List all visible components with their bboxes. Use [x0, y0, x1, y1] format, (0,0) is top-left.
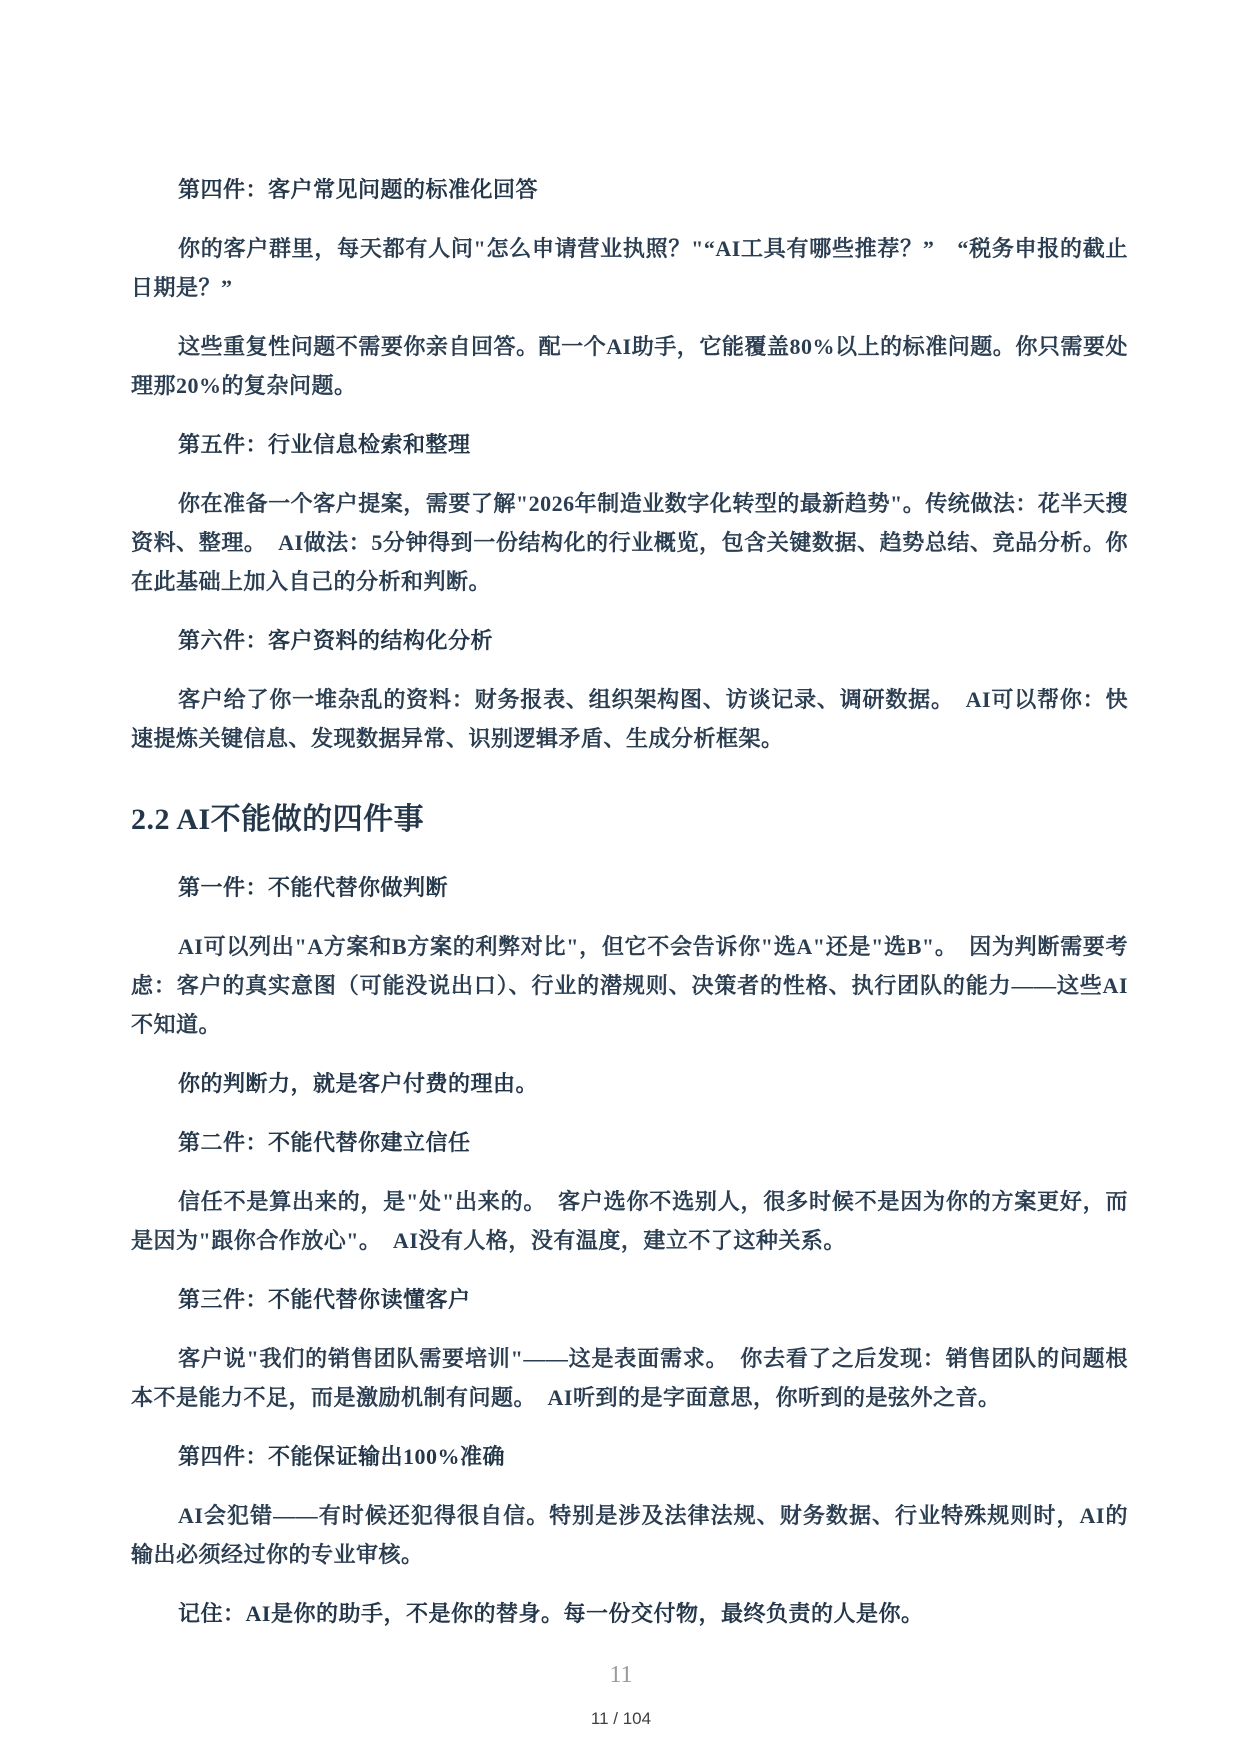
subsection-heading: 第三件：不能代替你读懂客户: [131, 1280, 1128, 1319]
body-paragraph: AI可以列出"A方案和B方案的利弊对比"，但它不会告诉你"选A"还是"选B"。 …: [131, 927, 1128, 1044]
emphasis-paragraph: 你的判断力，就是客户付费的理由。: [131, 1064, 1128, 1103]
body-paragraph: 客户说"我们的销售团队需要培训"——这是表面需求。 你去看了之后发现：销售团队的…: [131, 1339, 1128, 1417]
body-paragraph: 你的客户群里，每天都有人问"怎么申请营业执照？"“AI工具有哪些推荐？” “税务…: [131, 229, 1128, 307]
body-paragraph: AI会犯错——有时候还犯得很自信。特别是涉及法律法规、财务数据、行业特殊规则时，…: [131, 1496, 1128, 1574]
document-body: 第四件：客户常见问题的标准化回答 你的客户群里，每天都有人问"怎么申请营业执照？…: [131, 0, 1128, 1653]
page-count-indicator: 11 / 104: [0, 1708, 1242, 1730]
section-heading: 2.2 AI不能做的四件事: [131, 798, 1128, 842]
subsection-heading: 第一件：不能代替你做判断: [131, 868, 1128, 907]
body-paragraph: 信任不是算出来的，是"处"出来的。 客户选你不选别人，很多时候不是因为你的方案更…: [131, 1182, 1128, 1260]
emphasis-paragraph: 记住：AI是你的助手，不是你的替身。每一份交付物，最终负责的人是你。: [131, 1594, 1128, 1633]
subsection-heading: 第五件：行业信息检索和整理: [131, 425, 1128, 464]
subsection-heading: 第六件：客户资料的结构化分析: [131, 621, 1128, 660]
subsection-heading: 第四件：客户常见问题的标准化回答: [131, 170, 1128, 209]
body-paragraph: 你在准备一个客户提案，需要了解"2026年制造业数字化转型的最新趋势"。传统做法…: [131, 484, 1128, 601]
subsection-heading: 第四件：不能保证输出100%准确: [131, 1437, 1128, 1476]
subsection-heading: 第二件：不能代替你建立信任: [131, 1123, 1128, 1162]
page-number: 11: [0, 1660, 1242, 1690]
body-paragraph: 客户给了你一堆杂乱的资料：财务报表、组织架构图、访谈记录、调研数据。 AI可以帮…: [131, 680, 1128, 758]
body-paragraph: 这些重复性问题不需要你亲自回答。配一个AI助手，它能覆盖80%以上的标准问题。你…: [131, 327, 1128, 405]
document-page: 第四件：客户常见问题的标准化回答 你的客户群里，每天都有人问"怎么申请营业执照？…: [0, 0, 1242, 1754]
